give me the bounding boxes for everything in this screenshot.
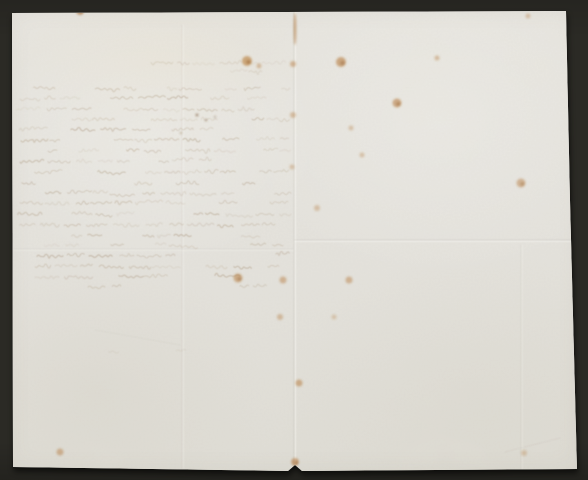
foxing-stain xyxy=(290,61,296,67)
foxing-stain xyxy=(277,314,283,320)
paper-shadow xyxy=(0,0,588,480)
foxing-stain xyxy=(346,277,353,284)
foxing-stain xyxy=(290,112,296,118)
foxing-stain xyxy=(521,450,527,456)
foxing-stain xyxy=(290,165,295,170)
foxing-stain xyxy=(435,56,440,61)
foxing-stain xyxy=(205,119,207,121)
letter-sheet xyxy=(0,0,588,480)
foxing-stain xyxy=(214,116,216,118)
foxing-stain xyxy=(280,277,287,284)
foxing-stain xyxy=(314,205,320,211)
foxing-stain xyxy=(332,315,337,320)
foxing-stain xyxy=(76,7,84,15)
foxing-stain xyxy=(349,126,354,131)
foxing-stain xyxy=(296,380,303,387)
foxing-stain xyxy=(57,449,64,456)
foxing-stain xyxy=(257,64,262,69)
foxing-stain xyxy=(360,153,365,158)
foxing-stain xyxy=(294,13,297,45)
foxing-stain xyxy=(196,114,199,117)
foxing-stain xyxy=(180,132,182,134)
scan-overlay xyxy=(0,0,588,480)
foxing-stain xyxy=(526,14,531,19)
scan-background xyxy=(0,0,588,480)
